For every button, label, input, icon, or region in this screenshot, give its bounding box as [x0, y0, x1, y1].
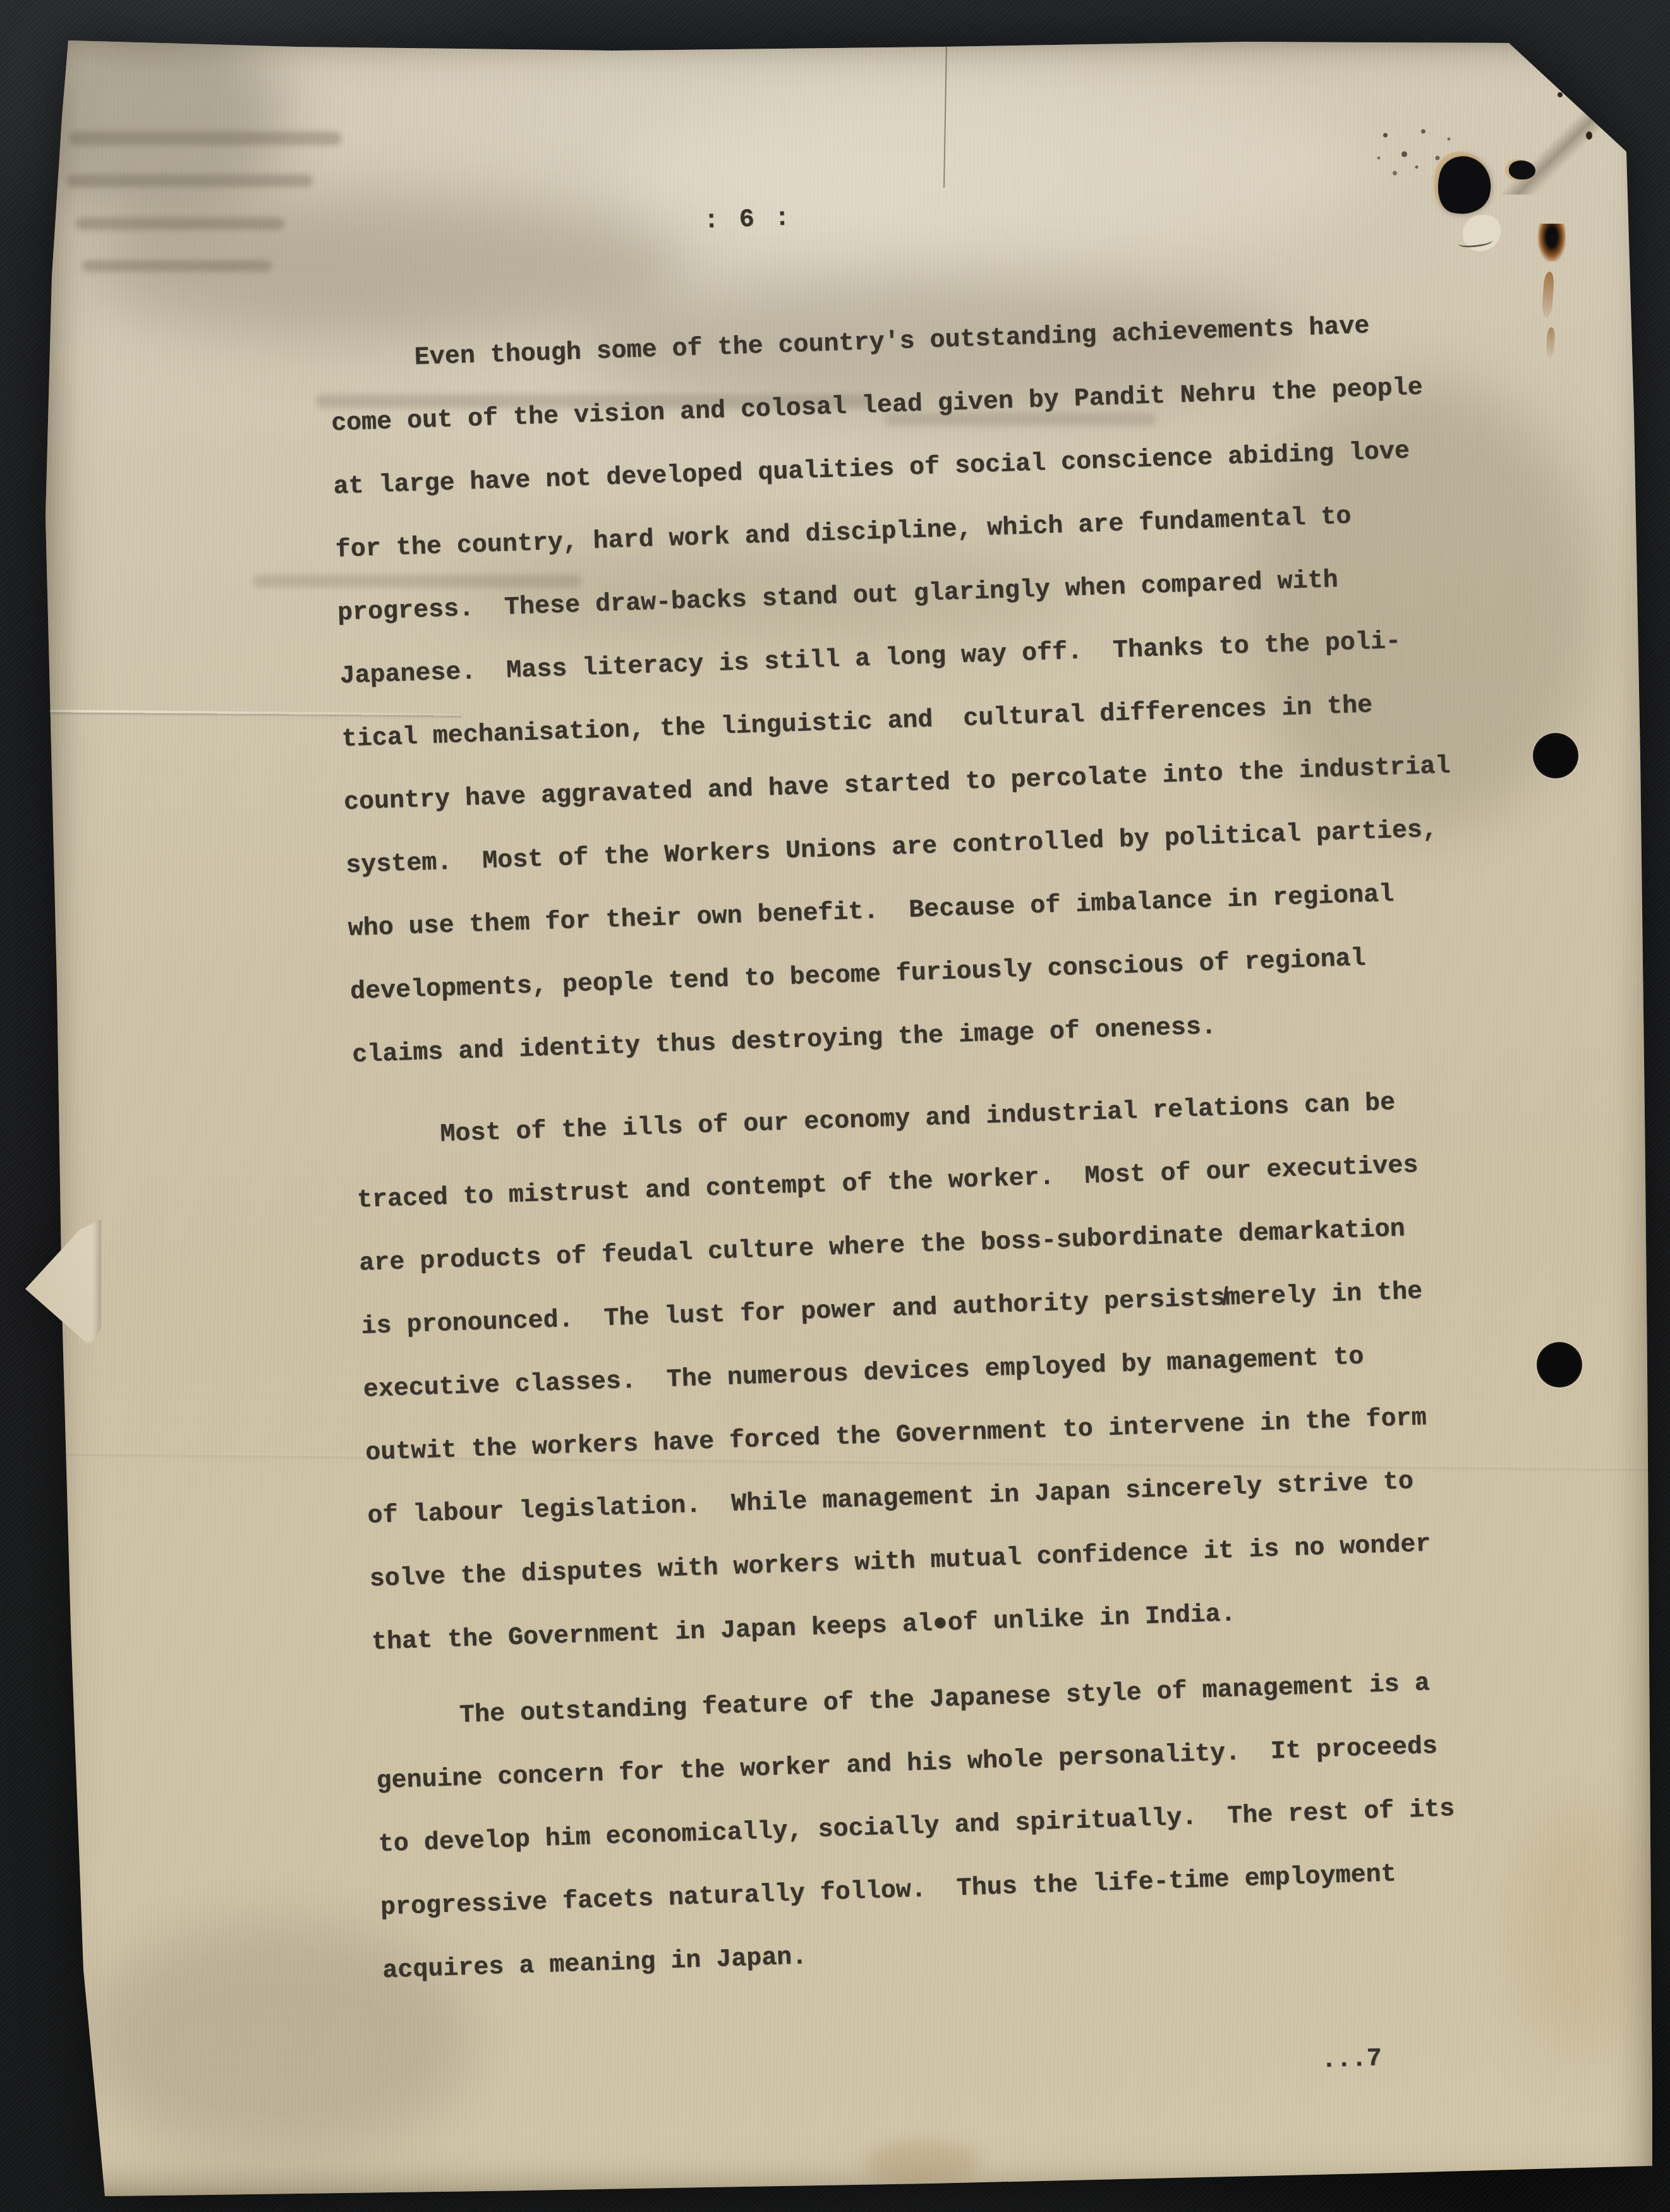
ink-bleedthrough — [82, 260, 272, 272]
ink-bleedthrough — [70, 131, 341, 145]
ink-speck — [1586, 131, 1592, 140]
paragraph: Most of the ills of our economy and indu… — [354, 1065, 1611, 1674]
top-edge-smear — [449, 39, 581, 47]
document-page-wrap: : 6 : Even though some of the country's … — [44, 37, 1652, 2197]
corner-smudge — [19, 11, 284, 226]
stain — [866, 2141, 979, 2185]
ink-bleedthrough — [76, 217, 284, 230]
continuation-mark: ...7 — [1321, 2045, 1382, 2075]
paragraph: Even though some of the country's outsta… — [328, 289, 1591, 1087]
page-number: : 6 : — [703, 204, 792, 236]
typewritten-text-layer: : 6 : Even though some of the country's … — [324, 148, 1626, 2147]
ink-speck — [1558, 92, 1563, 97]
ink-bleedthrough — [66, 174, 313, 187]
paragraph: The outstanding feature of the Japanese … — [373, 1647, 1622, 2003]
document-page: : 6 : Even though some of the country's … — [44, 37, 1652, 2197]
